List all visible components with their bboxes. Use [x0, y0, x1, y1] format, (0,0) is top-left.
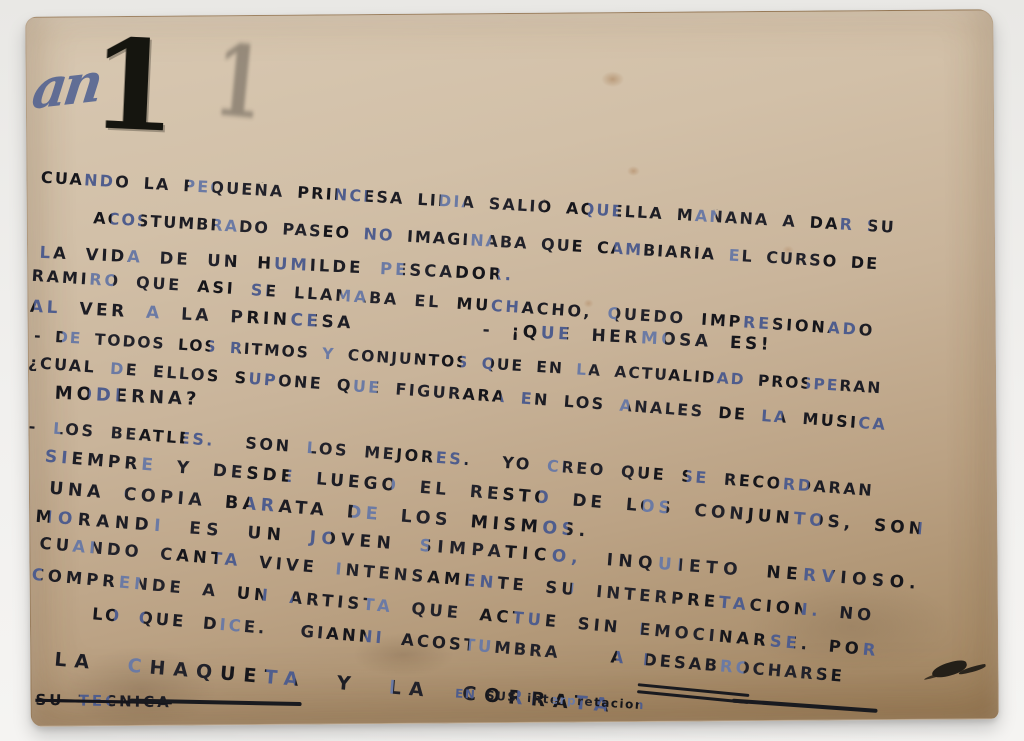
page-number: 1 [88, 23, 180, 151]
ink-smudge [930, 658, 968, 680]
strike-mark [638, 683, 750, 697]
strike-mark [732, 699, 878, 713]
manuscript-card: an 1 1 CUANDO LA PEQUEÑA PRINCESA LIDIA … [25, 9, 999, 727]
page-number-ghost-smudge: 1 [210, 32, 267, 134]
photo-backdrop: an 1 1 CUANDO LA PEQUEÑA PRINCESA LIDIA … [0, 0, 1024, 741]
manuscript-line: MODERNA? [54, 385, 200, 409]
